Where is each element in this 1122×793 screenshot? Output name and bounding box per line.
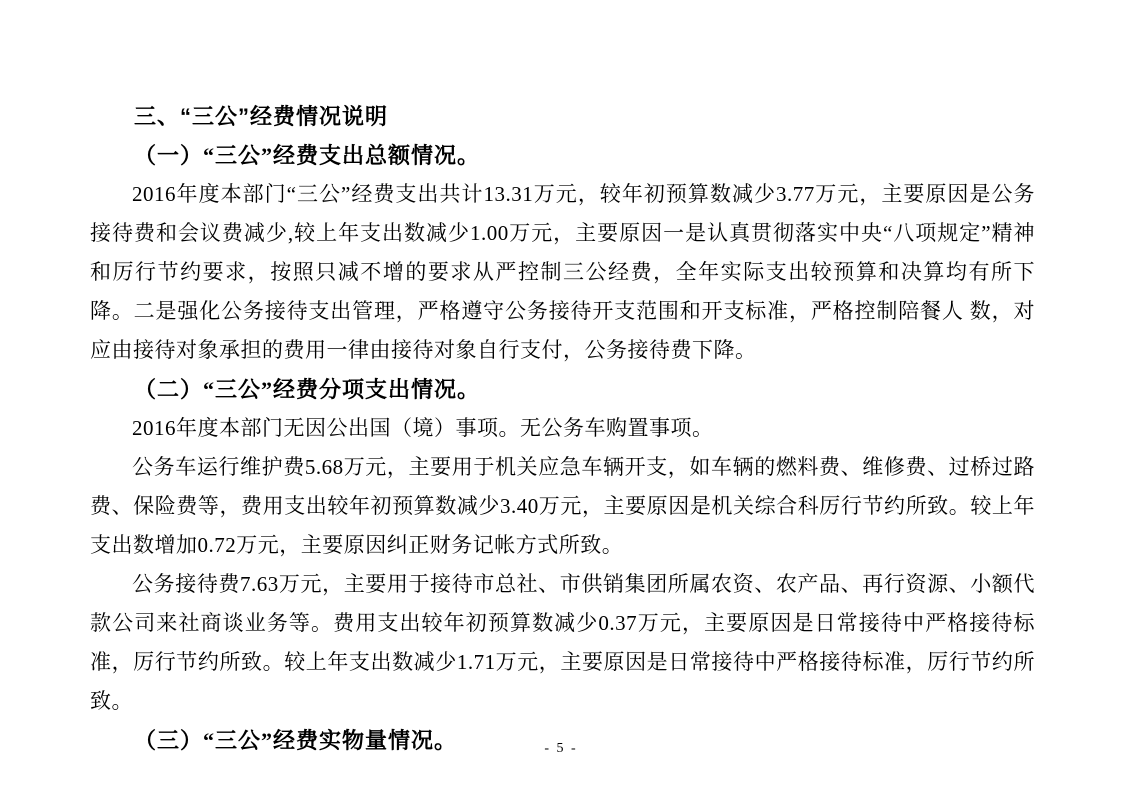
section-heading-three-public-funds: 三、“三公”经费情况说明	[90, 97, 1035, 136]
subsection-heading-total-expenditure: （一）“三公”经费支出总额情况。	[90, 136, 1035, 175]
page-number: - 5 -	[0, 741, 1122, 757]
subsection-heading-itemized-expenditure: （二）“三公”经费分项支出情况。	[90, 370, 1035, 409]
paragraph-official-reception: 公务接待费7.63万元，主要用于接待市总社、市供销集团所属农资、农产品、再行资源…	[90, 565, 1035, 721]
document-page: 三、“三公”经费情况说明 （一）“三公”经费支出总额情况。 2016年度本部门“…	[0, 0, 1122, 793]
paragraph-total-expenditure: 2016年度本部门“三公”经费支出共计13.31万元，较年初预算数减少3.77万…	[90, 175, 1035, 370]
paragraph-vehicle-maintenance: 公务车运行维护费5.68万元，主要用于机关应急车辆开支，如车辆的燃料费、维修费、…	[90, 448, 1035, 565]
paragraph-no-overseas-trips: 2016年度本部门无因公出国（境）事项。无公务车购置事项。	[90, 409, 1035, 448]
